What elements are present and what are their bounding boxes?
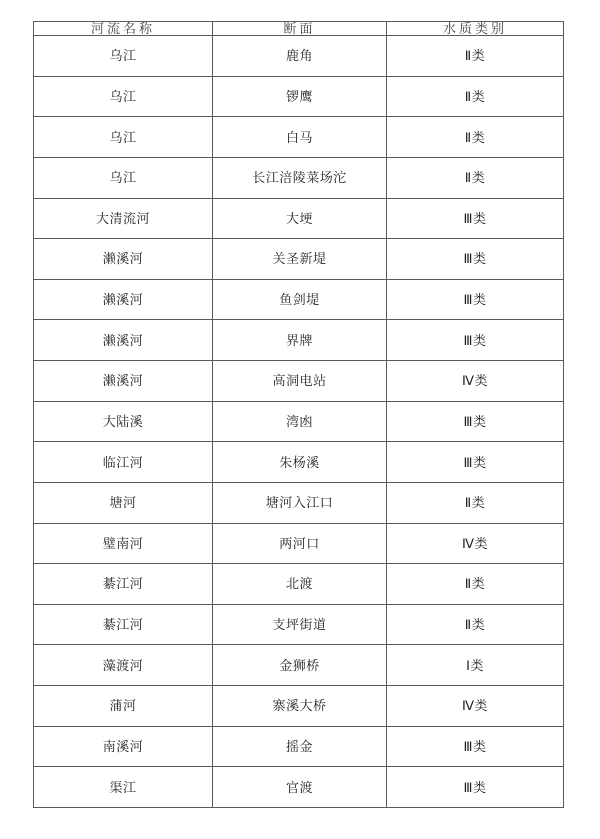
cell-water-quality-class: Ⅳ类 <box>387 523 564 564</box>
cell-river-name: 藻渡河 <box>34 645 213 686</box>
document-page: 河流名称 断面 水质类别 乌江鹿角Ⅱ类乌江锣鹰Ⅱ类乌江白马Ⅱ类乌江长江涪陵菜场沱… <box>0 0 600 839</box>
cell-section: 摇金 <box>213 726 387 767</box>
cell-section: 鹿角 <box>213 36 387 77</box>
table-row: 綦江河支坪街道Ⅱ类 <box>34 604 564 645</box>
cell-water-quality-class: Ⅲ类 <box>387 767 564 808</box>
table-row: 綦江河北渡Ⅱ类 <box>34 564 564 605</box>
cell-section: 北渡 <box>213 564 387 605</box>
table-row: 濑溪河鱼剑堤Ⅲ类 <box>34 279 564 320</box>
header-river-name: 河流名称 <box>34 22 213 36</box>
table-row: 乌江长江涪陵菜场沱Ⅱ类 <box>34 157 564 198</box>
cell-river-name: 塘河 <box>34 482 213 523</box>
cell-water-quality-class: Ⅱ类 <box>387 482 564 523</box>
cell-water-quality-class: Ⅱ类 <box>387 76 564 117</box>
cell-river-name: 渠江 <box>34 767 213 808</box>
table-row: 大陆溪湾凼Ⅲ类 <box>34 401 564 442</box>
cell-water-quality-class: Ⅲ类 <box>387 198 564 239</box>
cell-river-name: 濑溪河 <box>34 320 213 361</box>
cell-water-quality-class: Ⅲ类 <box>387 401 564 442</box>
cell-section: 高洞电站 <box>213 361 387 402</box>
cell-river-name: 蒲河 <box>34 686 213 727</box>
cell-water-quality-class: Ⅲ类 <box>387 239 564 280</box>
cell-section: 湾凼 <box>213 401 387 442</box>
cell-section: 锣鹰 <box>213 76 387 117</box>
cell-section: 朱杨溪 <box>213 442 387 483</box>
header-water-quality-class: 水质类别 <box>387 22 564 36</box>
cell-section: 支坪街道 <box>213 604 387 645</box>
cell-river-name: 濑溪河 <box>34 239 213 280</box>
cell-water-quality-class: Ⅲ类 <box>387 320 564 361</box>
cell-water-quality-class: Ⅱ类 <box>387 36 564 77</box>
table-row: 藻渡河金狮桥Ⅰ类 <box>34 645 564 686</box>
cell-section: 寨溪大桥 <box>213 686 387 727</box>
cell-river-name: 乌江 <box>34 117 213 158</box>
cell-river-name: 大陆溪 <box>34 401 213 442</box>
cell-river-name: 濑溪河 <box>34 361 213 402</box>
table-row: 大清流河大埂Ⅲ类 <box>34 198 564 239</box>
cell-section: 白马 <box>213 117 387 158</box>
cell-water-quality-class: Ⅱ类 <box>387 564 564 605</box>
cell-river-name: 乌江 <box>34 157 213 198</box>
water-quality-table: 河流名称 断面 水质类别 乌江鹿角Ⅱ类乌江锣鹰Ⅱ类乌江白马Ⅱ类乌江长江涪陵菜场沱… <box>33 21 564 808</box>
cell-section: 关圣新堤 <box>213 239 387 280</box>
table-header-row: 河流名称 断面 水质类别 <box>34 22 564 36</box>
cell-section: 金狮桥 <box>213 645 387 686</box>
cell-water-quality-class: Ⅱ类 <box>387 117 564 158</box>
cell-water-quality-class: Ⅳ类 <box>387 361 564 402</box>
cell-section: 长江涪陵菜场沱 <box>213 157 387 198</box>
cell-water-quality-class: Ⅰ类 <box>387 645 564 686</box>
table-row: 塘河塘河入江口Ⅱ类 <box>34 482 564 523</box>
cell-section: 鱼剑堤 <box>213 279 387 320</box>
cell-river-name: 乌江 <box>34 36 213 77</box>
cell-section: 大埂 <box>213 198 387 239</box>
cell-river-name: 乌江 <box>34 76 213 117</box>
cell-river-name: 璧南河 <box>34 523 213 564</box>
cell-river-name: 濑溪河 <box>34 279 213 320</box>
table-row: 濑溪河界牌Ⅲ类 <box>34 320 564 361</box>
table-row: 蒲河寨溪大桥Ⅳ类 <box>34 686 564 727</box>
cell-section: 界牌 <box>213 320 387 361</box>
header-section: 断面 <box>213 22 387 36</box>
table-row: 临江河朱杨溪Ⅲ类 <box>34 442 564 483</box>
cell-water-quality-class: Ⅱ类 <box>387 157 564 198</box>
cell-section: 塘河入江口 <box>213 482 387 523</box>
table-row: 濑溪河高洞电站Ⅳ类 <box>34 361 564 402</box>
cell-river-name: 綦江河 <box>34 564 213 605</box>
table-row: 濑溪河关圣新堤Ⅲ类 <box>34 239 564 280</box>
cell-section: 官渡 <box>213 767 387 808</box>
cell-river-name: 大清流河 <box>34 198 213 239</box>
cell-river-name: 临江河 <box>34 442 213 483</box>
table-body: 乌江鹿角Ⅱ类乌江锣鹰Ⅱ类乌江白马Ⅱ类乌江长江涪陵菜场沱Ⅱ类大清流河大埂Ⅲ类濑溪河… <box>34 36 564 808</box>
cell-water-quality-class: Ⅳ类 <box>387 686 564 727</box>
table-row: 南溪河摇金Ⅲ类 <box>34 726 564 767</box>
cell-water-quality-class: Ⅲ类 <box>387 726 564 767</box>
cell-water-quality-class: Ⅲ类 <box>387 279 564 320</box>
cell-water-quality-class: Ⅲ类 <box>387 442 564 483</box>
table-row: 璧南河两河口Ⅳ类 <box>34 523 564 564</box>
table-row: 渠江官渡Ⅲ类 <box>34 767 564 808</box>
cell-river-name: 綦江河 <box>34 604 213 645</box>
cell-water-quality-class: Ⅱ类 <box>387 604 564 645</box>
cell-section: 两河口 <box>213 523 387 564</box>
table-row: 乌江鹿角Ⅱ类 <box>34 36 564 77</box>
table-row: 乌江锣鹰Ⅱ类 <box>34 76 564 117</box>
table-row: 乌江白马Ⅱ类 <box>34 117 564 158</box>
cell-river-name: 南溪河 <box>34 726 213 767</box>
